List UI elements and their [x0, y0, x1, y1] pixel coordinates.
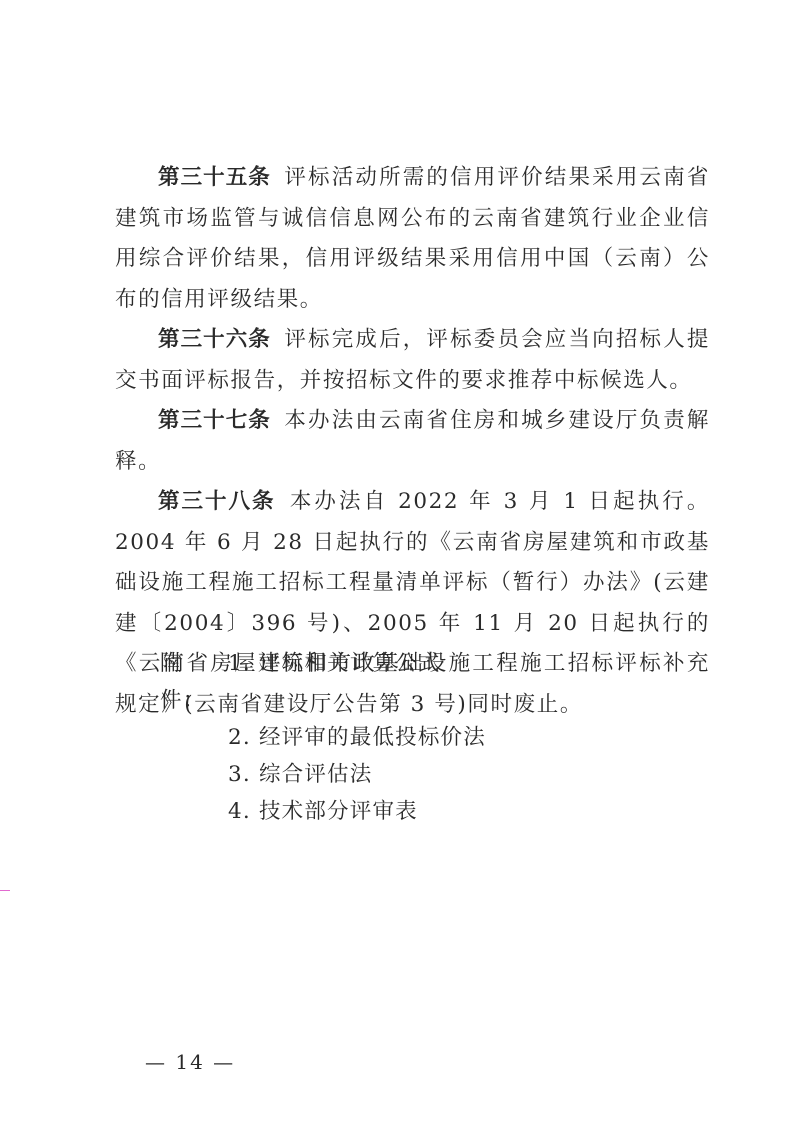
attachment-item: 附件： 1. 评标相关计算公式 — [160, 645, 486, 719]
attachment-title: 2. 经评审的最低投标价法 — [228, 719, 486, 756]
attachment-title: 1. 评标相关计算公式 — [228, 645, 441, 719]
page-number: — 14 — — [145, 1050, 235, 1074]
article-35: 第三十五条评标活动所需的信用评价结果采用云南省建筑市场监管与诚信信息网公布的云南… — [115, 158, 710, 320]
attachment-title: 3. 综合评估法 — [228, 756, 372, 793]
attachment-item: 3. 综合评估法 — [160, 756, 486, 793]
article-36: 第三十六条评标完成后，评标委员会应当向招标人提交书面评标报告，并按招标文件的要求… — [115, 320, 710, 401]
article-number: 第三十五条 — [158, 165, 271, 190]
attachment-title: 4. 技术部分评审表 — [228, 793, 418, 830]
article-37: 第三十七条本办法由云南省住房和城乡建设厅负责解释。 — [115, 401, 710, 482]
attachment-item: 2. 经评审的最低投标价法 — [160, 719, 486, 756]
article-number: 第三十八条 — [158, 489, 275, 514]
binding-mark — [0, 890, 10, 891]
article-number: 第三十六条 — [158, 327, 271, 352]
attachments-label: 附件： — [160, 645, 228, 719]
document-body: 第三十五条评标活动所需的信用评价结果采用云南省建筑市场监管与诚信信息网公布的云南… — [115, 158, 710, 725]
document-page: 第三十五条评标活动所需的信用评价结果采用云南省建筑市场监管与诚信信息网公布的云南… — [0, 0, 793, 1122]
article-number: 第三十七条 — [158, 408, 271, 433]
attachment-item: 4. 技术部分评审表 — [160, 793, 486, 830]
attachments-list: 附件： 1. 评标相关计算公式 2. 经评审的最低投标价法 3. 综合评估法 4… — [160, 645, 486, 830]
